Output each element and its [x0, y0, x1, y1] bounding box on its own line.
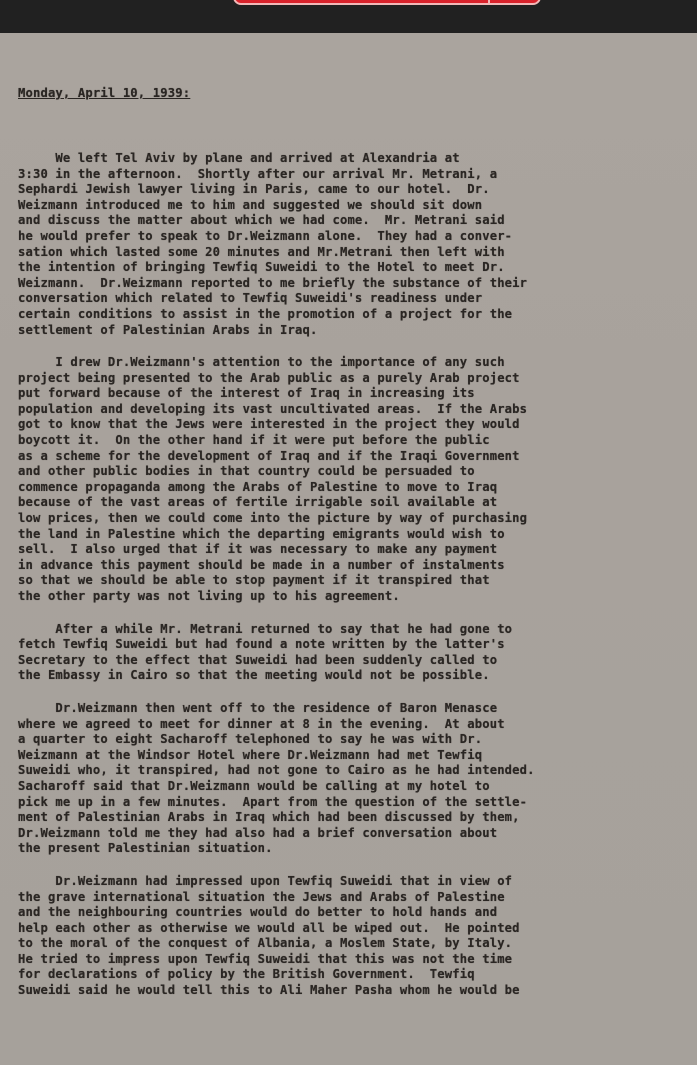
text-line: Dr.Weizmann then went off to the residen…	[18, 701, 688, 717]
text-line: 3:30 in the afternoon. Shortly after our…	[18, 167, 688, 183]
typewritten-text: Monday, April 10, 1939: We left Tel Aviv…	[18, 55, 688, 1047]
text-line: he would prefer to speak to Dr.Weizmann …	[18, 229, 688, 245]
text-line: put forward because of the interest of I…	[18, 386, 688, 402]
text-line: the present Palestinian situation.	[18, 841, 688, 857]
text-line: Sephardi Jewish lawyer living in Paris, …	[18, 182, 688, 198]
text-line: for declarations of policy by the Britis…	[18, 967, 688, 983]
paragraph: I drew Dr.Weizmann's attention to the im…	[18, 355, 688, 605]
text-line: sell. I also urged that if it was necess…	[18, 542, 688, 558]
text-line: the intention of bringing Tewfiq Suweidi…	[18, 260, 688, 276]
text-line: and the neighbouring countries would do …	[18, 905, 688, 921]
text-line: Suweidi said he would tell this to Ali M…	[18, 983, 688, 999]
text-line: I drew Dr.Weizmann's attention to the im…	[18, 355, 688, 371]
text-line: certain conditions to assist in the prom…	[18, 307, 688, 323]
text-line: commence propaganda among the Arabs of P…	[18, 480, 688, 496]
document-page: Monday, April 10, 1939: We left Tel Aviv…	[0, 33, 697, 1065]
text-line: where we agreed to meet for dinner at 8 …	[18, 717, 688, 733]
text-line: population and developing its vast uncul…	[18, 402, 688, 418]
text-line: and other public bodies in that country …	[18, 464, 688, 480]
paragraph: Dr.Weizmann then went off to the residen…	[18, 701, 688, 857]
text-line: as a scheme for the development of Iraq …	[18, 449, 688, 465]
top-bar	[0, 0, 697, 33]
text-line: settlement of Palestinian Arabs in Iraq.	[18, 323, 688, 339]
text-line: sation which lasted some 20 minutes and …	[18, 245, 688, 261]
text-line: He tried to impress upon Tewfiq Suweidi …	[18, 952, 688, 968]
text-line: Weizmann at the Windsor Hotel where Dr.W…	[18, 748, 688, 764]
date-heading: Monday, April 10, 1939:	[18, 86, 688, 102]
text-line: project being presented to the Arab publ…	[18, 371, 688, 387]
paragraph: We left Tel Aviv by plane and arrived at…	[18, 151, 688, 338]
text-line: fetch Tewfiq Suweidi but had found a not…	[18, 637, 688, 653]
paragraph: Dr.Weizmann had impressed upon Tewfiq Su…	[18, 874, 688, 999]
text-line: help each other as otherwise we would al…	[18, 921, 688, 937]
text-line: the Embassy in Cairo so that the meeting…	[18, 668, 688, 684]
text-line: Suweidi who, it transpired, had not gone…	[18, 763, 688, 779]
text-line: to the moral of the conquest of Albania,…	[18, 936, 688, 952]
text-line: the land in Palestine which the departin…	[18, 527, 688, 543]
button-divider	[488, 0, 490, 3]
text-line: conversation which related to Tewfiq Suw…	[18, 291, 688, 307]
text-line: Sacharoff said that Dr.Weizmann would be…	[18, 779, 688, 795]
text-line: Secretary to the effect that Suweidi had…	[18, 653, 688, 669]
text-line: low prices, then we could come into the …	[18, 511, 688, 527]
text-line: We left Tel Aviv by plane and arrived at…	[18, 151, 688, 167]
text-line: because of the vast areas of fertile irr…	[18, 495, 688, 511]
paragraphs: We left Tel Aviv by plane and arrived at…	[18, 151, 688, 999]
paragraph: After a while Mr. Metrani returned to sa…	[18, 622, 688, 684]
text-line: boycott it. On the other hand if it were…	[18, 433, 688, 449]
text-line: Dr.Weizmann told me they had also had a …	[18, 826, 688, 842]
text-line: got to know that the Jews were intereste…	[18, 417, 688, 433]
text-line: After a while Mr. Metrani returned to sa…	[18, 622, 688, 638]
text-line: the other party was not living up to his…	[18, 589, 688, 605]
text-line: so that we should be able to stop paymen…	[18, 573, 688, 589]
text-line: in advance this payment should be made i…	[18, 558, 688, 574]
text-line: ment of Palestinian Arabs in Iraq which …	[18, 810, 688, 826]
text-line: Weizmann. Dr.Weizmann reported to me bri…	[18, 276, 688, 292]
text-line: and discuss the matter about which we ha…	[18, 213, 688, 229]
red-action-button[interactable]	[233, 0, 541, 5]
text-line: Weizmann introduced me to him and sugges…	[18, 198, 688, 214]
text-line: the grave international situation the Je…	[18, 890, 688, 906]
text-line: Dr.Weizmann had impressed upon Tewfiq Su…	[18, 874, 688, 890]
text-line: pick me up in a few minutes. Apart from …	[18, 795, 688, 811]
text-line: a quarter to eight Sacharoff telephoned …	[18, 732, 688, 748]
